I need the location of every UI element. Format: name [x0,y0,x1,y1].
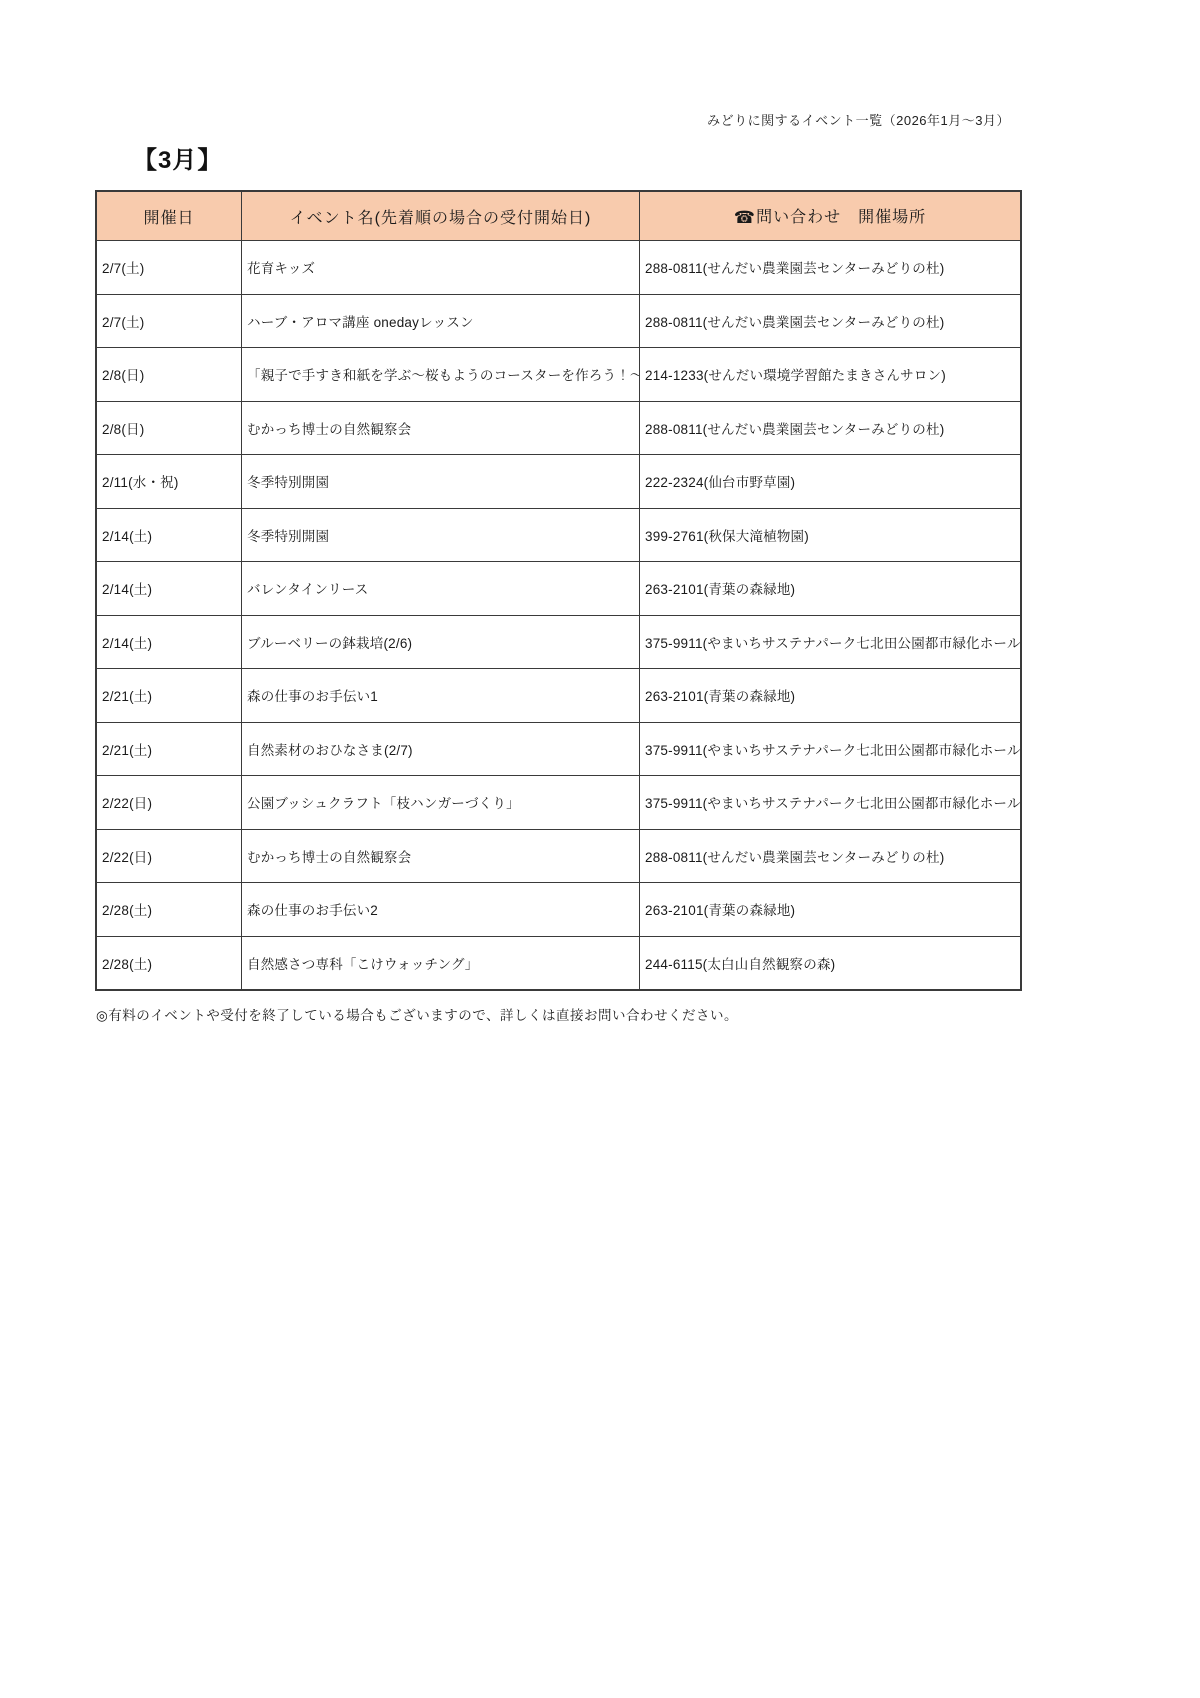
event-name-cell: 公園ブッシュクラフト「枝ハンガーづくり」 [242,776,640,830]
header-event: イベント名(先着順の場合の受付開始日) [242,191,640,241]
event-date-cell: 2/7(土) [96,241,242,295]
event-date-cell: 2/14(土) [96,508,242,562]
table-row: 2/22(日)公園ブッシュクラフト「枝ハンガーづくり」375-9911(やまいち… [96,776,1021,830]
event-name-cell: むかっち博士の自然観察会 [242,829,640,883]
event-date-cell: 2/22(日) [96,776,242,830]
page-title: 【3月】 [133,140,222,175]
event-contact-cell: 214-1233(せんだい環境学習館たまきさんサロン) [640,348,1022,402]
event-name-cell: ブルーベリーの鉢栽培(2/6) [242,615,640,669]
document-page: みどりに関するイベント一覧（2026年1月～3月） 【3月】 開催日 イベント名… [0,0,1200,1698]
event-date-cell: 2/28(土) [96,936,242,990]
document-top-note: みどりに関するイベント一覧（2026年1月～3月） [707,110,1010,129]
event-name-cell: バレンタインリース [242,562,640,616]
table-row: 2/22(日)むかっち博士の自然観察会288-0811(せんだい農業園芸センター… [96,829,1021,883]
event-contact-cell: 263-2101(青葉の森緑地) [640,883,1022,937]
event-table: 開催日 イベント名(先着順の場合の受付開始日) ☎問い合わせ 開催場所 2/7(… [95,190,1022,991]
event-contact-cell: 222-2324(仙台市野草園) [640,455,1022,509]
event-name-cell: 冬季特別開園 [242,508,640,562]
table-row: 2/7(土)ハーブ・アロマ講座 onedayレッスン288-0811(せんだい農… [96,294,1021,348]
table-row: 2/8(日)「親子で手すき和紙を学ぶ～桜もようのコースターを作ろう！～」214-… [96,348,1021,402]
table-row: 2/14(土)ブルーベリーの鉢栽培(2/6)375-9911(やまいちサステナパ… [96,615,1021,669]
header-row: 開催日 イベント名(先着順の場合の受付開始日) ☎問い合わせ 開催場所 [96,191,1021,241]
event-contact-cell: 375-9911(やまいちサステナパーク七北田公園都市緑化ホール) [640,615,1022,669]
event-name-cell: むかっち博士の自然観察会 [242,401,640,455]
table-row: 2/28(土)自然感さつ専科「こけウォッチング」244-6115(太白山自然観察… [96,936,1021,990]
event-name-cell: 森の仕事のお手伝い2 [242,883,640,937]
header-contact-label: 問い合わせ 開催場所 [756,209,926,226]
event-date-cell: 2/21(土) [96,722,242,776]
header-date: 開催日 [96,191,242,241]
event-contact-cell: 288-0811(せんだい農業園芸センターみどりの杜) [640,401,1022,455]
event-name-cell: 森の仕事のお手伝い1 [242,669,640,723]
event-contact-cell: 288-0811(せんだい農業園芸センターみどりの杜) [640,829,1022,883]
event-table-body: 2/7(土)花育キッズ288-0811(せんだい農業園芸センターみどりの杜)2/… [96,241,1021,991]
event-name-cell: ハーブ・アロマ講座 onedayレッスン [242,294,640,348]
footer-note: ◎有料のイベントや受付を終了している場合もございますので、詳しくは直接お問い合わ… [96,1004,738,1024]
event-date-cell: 2/7(土) [96,294,242,348]
event-date-cell: 2/8(日) [96,401,242,455]
table-row: 2/8(日)むかっち博士の自然観察会288-0811(せんだい農業園芸センターみ… [96,401,1021,455]
table-row: 2/14(土)バレンタインリース263-2101(青葉の森緑地) [96,562,1021,616]
event-date-cell: 2/8(日) [96,348,242,402]
event-name-cell: 冬季特別開園 [242,455,640,509]
event-date-cell: 2/14(土) [96,615,242,669]
table-row: 2/21(土)自然素材のおひなさま(2/7)375-9911(やまいちサステナパ… [96,722,1021,776]
table-row: 2/28(土)森の仕事のお手伝い2263-2101(青葉の森緑地) [96,883,1021,937]
phone-icon: ☎ [734,208,756,227]
event-name-cell: 自然素材のおひなさま(2/7) [242,722,640,776]
event-name-cell: 自然感さつ専科「こけウォッチング」 [242,936,640,990]
table-row: 2/14(土)冬季特別開園399-2761(秋保大滝植物園) [96,508,1021,562]
table-row: 2/11(水・祝)冬季特別開園222-2324(仙台市野草園) [96,455,1021,509]
event-date-cell: 2/22(日) [96,829,242,883]
event-date-cell: 2/21(土) [96,669,242,723]
event-contact-cell: 288-0811(せんだい農業園芸センターみどりの杜) [640,241,1022,295]
event-date-cell: 2/14(土) [96,562,242,616]
header-contact: ☎問い合わせ 開催場所 [640,191,1022,241]
event-contact-cell: 244-6115(太白山自然観察の森) [640,936,1022,990]
event-contact-cell: 263-2101(青葉の森緑地) [640,562,1022,616]
event-date-cell: 2/11(水・祝) [96,455,242,509]
table-row: 2/7(土)花育キッズ288-0811(せんだい農業園芸センターみどりの杜) [96,241,1021,295]
event-contact-cell: 375-9911(やまいちサステナパーク七北田公園都市緑化ホール) [640,776,1022,830]
event-date-cell: 2/28(土) [96,883,242,937]
event-table-header: 開催日 イベント名(先着順の場合の受付開始日) ☎問い合わせ 開催場所 [96,191,1021,241]
event-name-cell: 花育キッズ [242,241,640,295]
event-contact-cell: 288-0811(せんだい農業園芸センターみどりの杜) [640,294,1022,348]
event-contact-cell: 263-2101(青葉の森緑地) [640,669,1022,723]
event-contact-cell: 399-2761(秋保大滝植物園) [640,508,1022,562]
event-name-cell: 「親子で手すき和紙を学ぶ～桜もようのコースターを作ろう！～」 [242,348,640,402]
table-row: 2/21(土)森の仕事のお手伝い1263-2101(青葉の森緑地) [96,669,1021,723]
event-contact-cell: 375-9911(やまいちサステナパーク七北田公園都市緑化ホール) [640,722,1022,776]
